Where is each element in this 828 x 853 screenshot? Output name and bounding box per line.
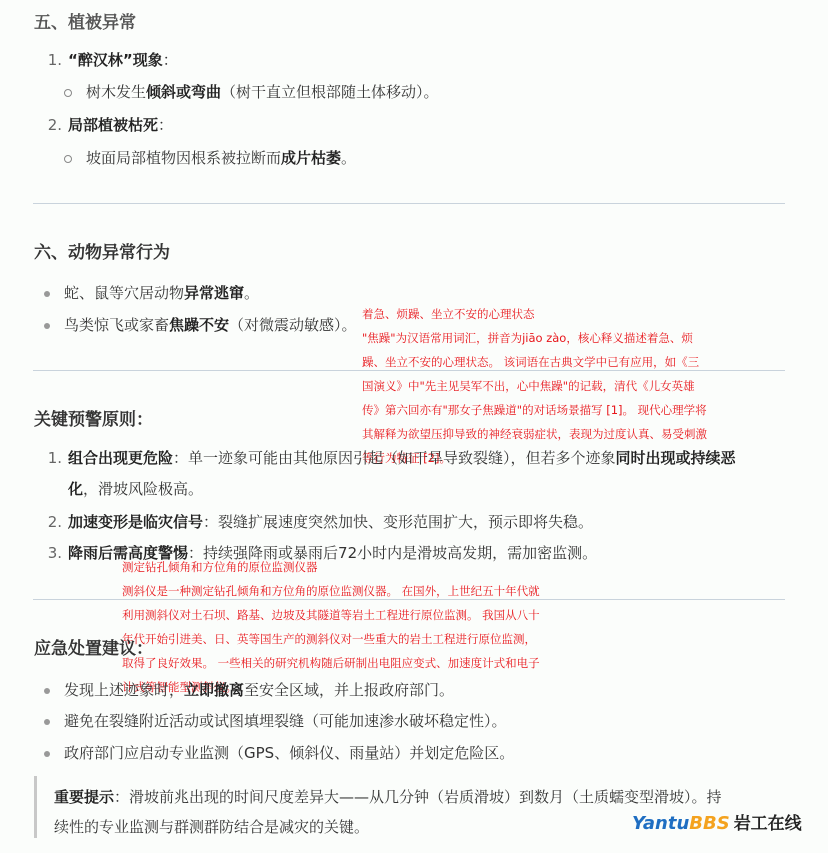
horizontal-rule (33, 599, 785, 600)
bullet-icon (44, 719, 50, 725)
bullet-item: 避免在裂缝附近活动或试图填埋裂缝（可能加速渗水破坏稳定性）。 (44, 710, 507, 731)
horizontal-rule (33, 370, 785, 371)
list-item: 2.局部植被枯死： (42, 114, 173, 135)
section-heading-warning-principles: 关键预警原则： (34, 405, 153, 430)
hollow-bullet-icon (64, 155, 72, 163)
bullet-item: 政府部门应启动专业监测（GPS、倾斜仪、雨量站）并划定危险区。 (44, 742, 514, 763)
hollow-bullet-icon (64, 89, 72, 97)
bullet-icon (44, 688, 50, 694)
list-item: 2.加速变形是临灾信号：裂缝扩展速度突然加快、变形范围扩大，预示即将失稳。 (42, 511, 593, 532)
bullet-icon (44, 291, 50, 297)
section-heading-vegetation: 五、植被异常 (34, 8, 136, 33)
bullet-item: 发现上述迹象时，立即撤离至安全区域，并上报政府部门。 (44, 679, 454, 700)
list-item: 1.组合出现更危险：单一迹象可能由其他原因引起（如干旱导致裂缝），但若多个迹象同… (42, 447, 736, 468)
bullet-icon (44, 751, 50, 757)
section-heading-animal: 六、动物异常行为 (34, 238, 170, 263)
tip-line-2: 续性的专业监测与群测群防结合是减灾的关键。 (54, 816, 369, 837)
section-heading-emergency: 应急处置建议： (34, 634, 153, 659)
document-page: 五、植被异常 1.“醉汉林”现象： 树木发生倾斜或弯曲（树干直立但根部随土体移动… (0, 0, 828, 853)
bullet-item: 鸟类惊飞或家畜焦躁不安（对微震动敏感）。 (44, 314, 357, 335)
bullet-icon (44, 323, 50, 329)
bullet-item: 蛇、鼠等穴居动物异常逃窜。 (44, 282, 259, 303)
sub-list-item: 树木发生倾斜或弯曲（树干直立但根部随土体移动）。 (64, 81, 439, 102)
annotation-jiaozao: 着急、烦躁、坐立不安的心理状态 "焦躁"为汉语常用词汇，拼音为jiāo zào，… (362, 302, 707, 470)
horizontal-rule (33, 203, 785, 204)
annotation-inclinometer: 测定钻孔倾角和方位角的原位监测仪器 测斜仪是一种测定钻孔倾角和方位角的原位监测仪… (122, 555, 540, 699)
list-item-continuation: 化，滑坡风险极高。 (68, 478, 203, 499)
sub-list-item: 坡面局部植物因根系被拉断而成片枯萎。 (64, 147, 356, 168)
yantubbs-logo: YantuBBS岩工在线 (632, 809, 802, 834)
list-item: 1.“醉汉林”现象： (42, 49, 178, 70)
tip-line-1: 重要提示：滑坡前兆出现的时间尺度差异大——从几分钟（岩质滑坡）到数月（土质蠕变型… (54, 786, 722, 807)
